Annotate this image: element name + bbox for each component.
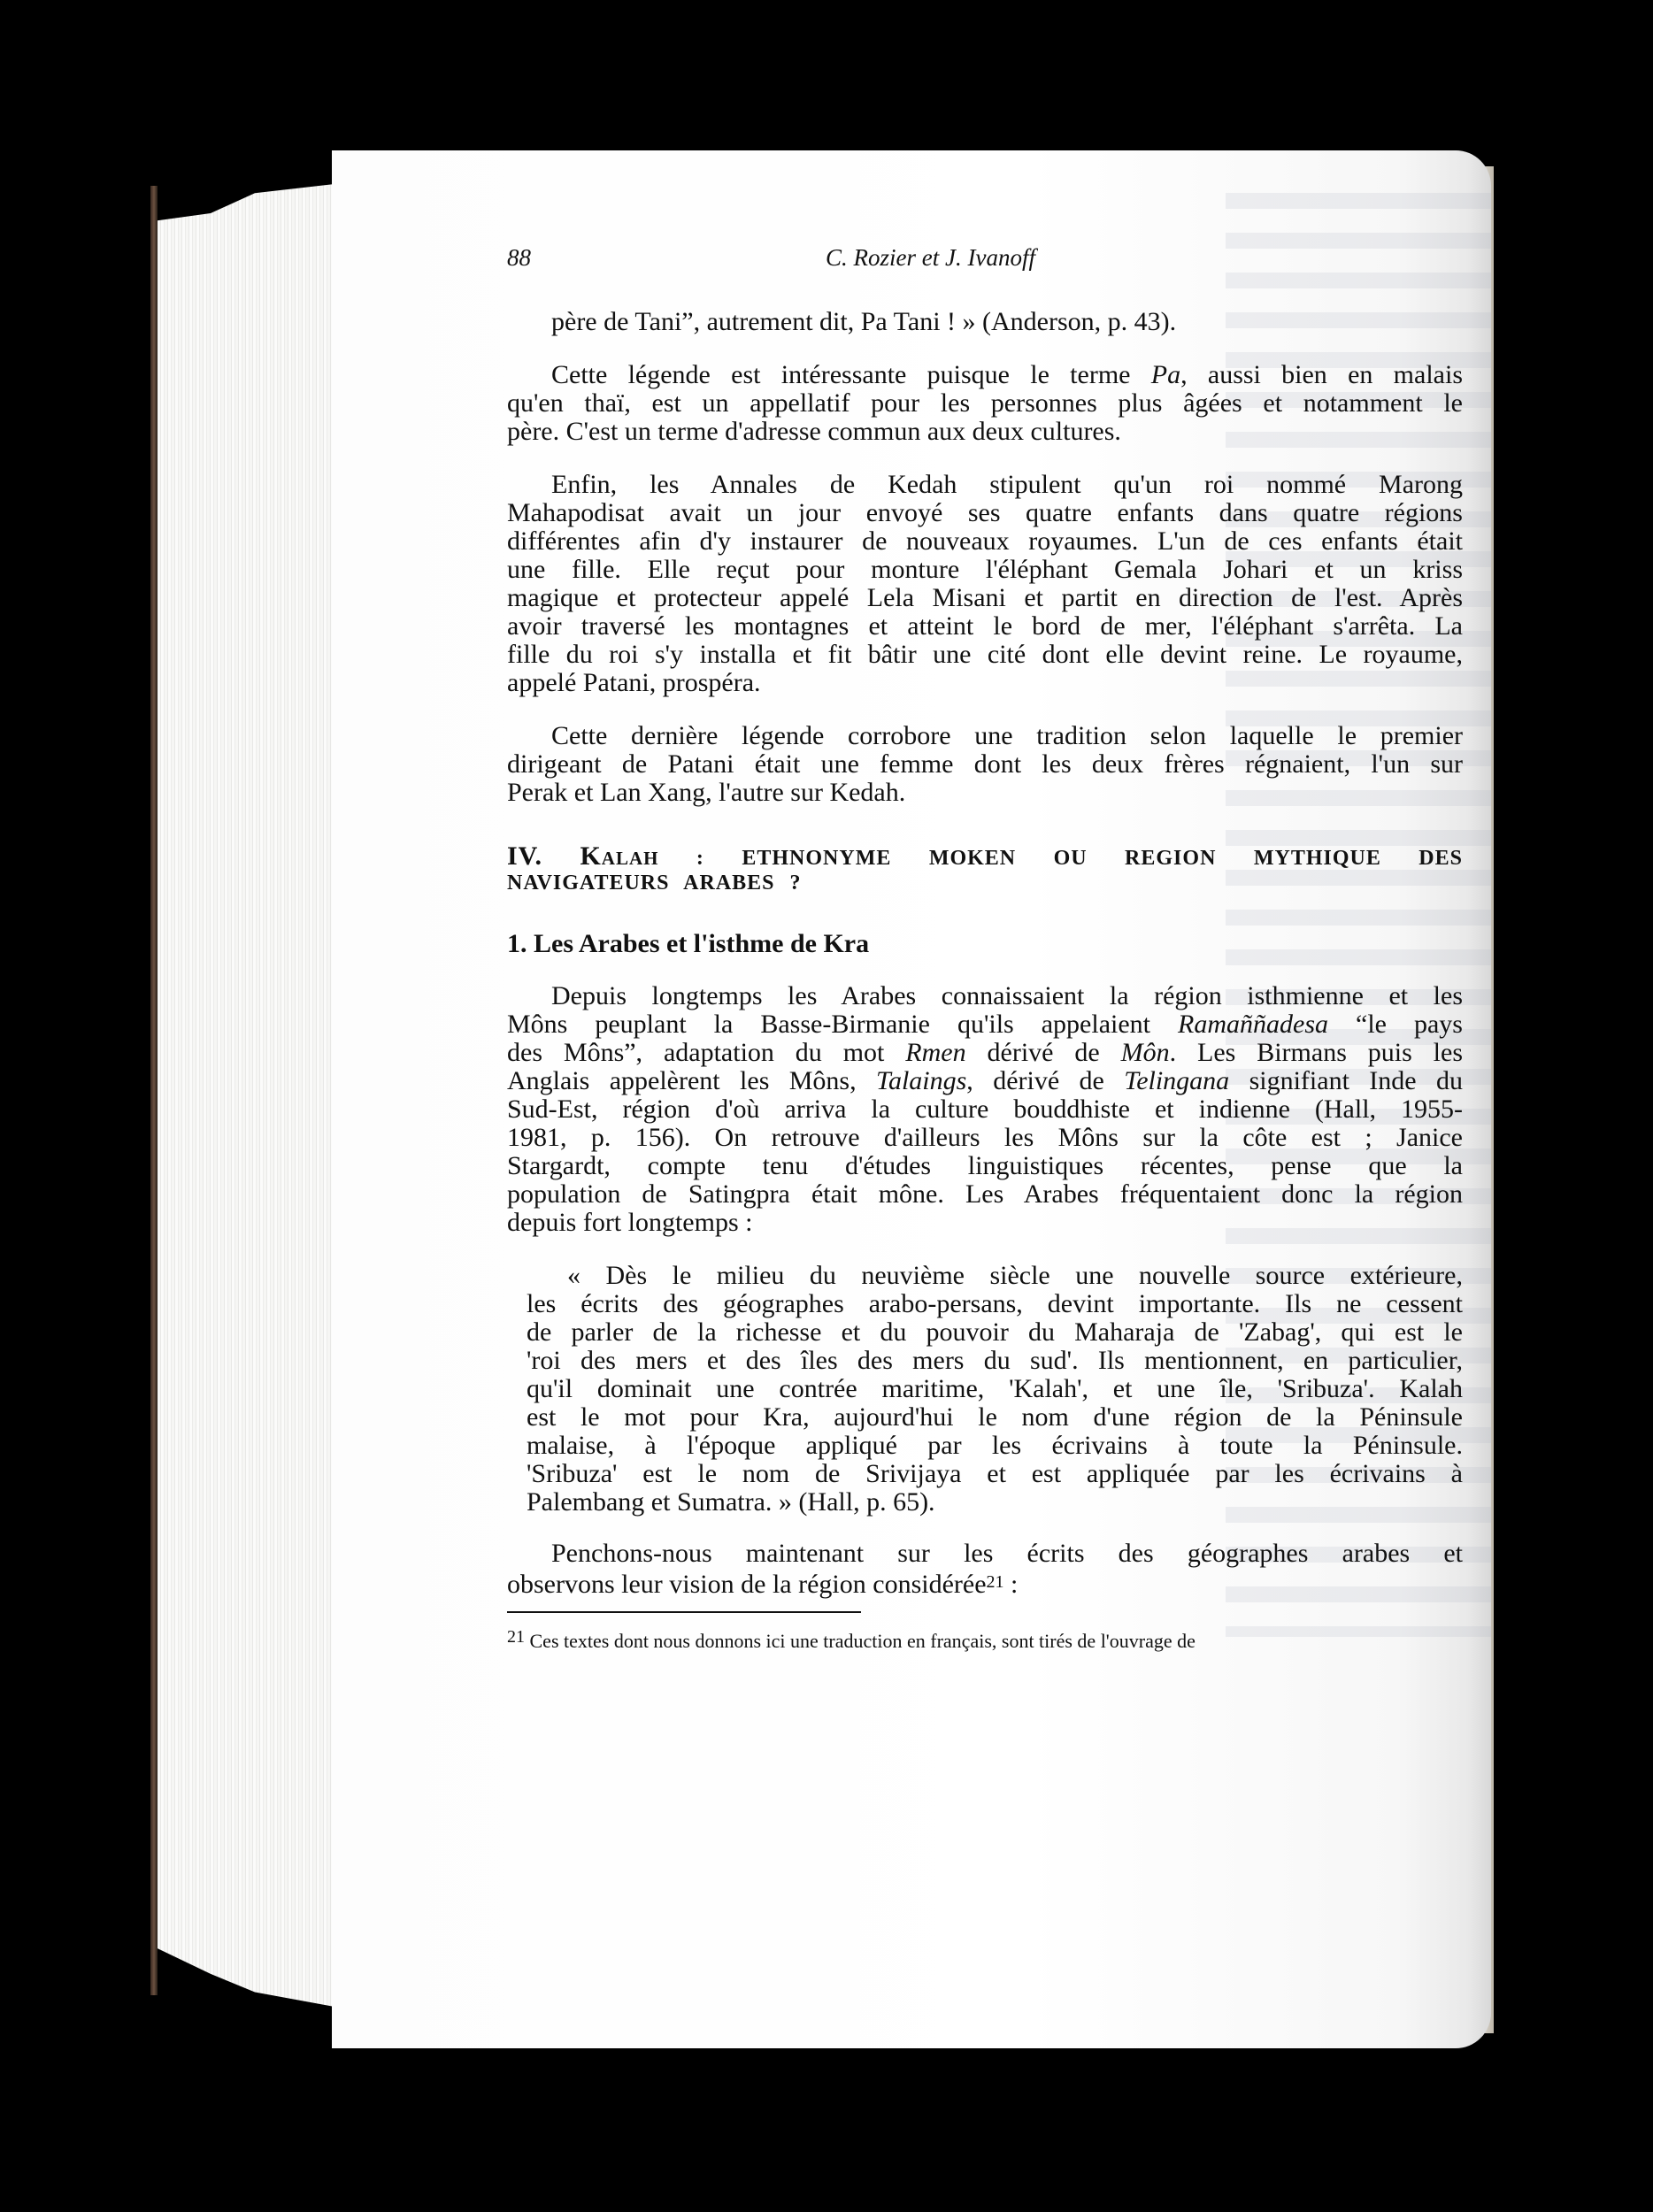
text-run: dérivé de <box>966 1038 1121 1067</box>
text-line: Enfin, les Annales de Kedah stipulent qu… <box>507 471 1463 499</box>
quote-line: les écrits des géographes arabo-persans,… <box>527 1290 1463 1318</box>
italic-term: Môn <box>1121 1038 1170 1067</box>
text-line: Penchons-nous maintenant sur les écrits … <box>507 1540 1463 1568</box>
footnote: 21 Ces textes dont nous donnons ici une … <box>507 1625 1463 1653</box>
footnote-reference[interactable]: 21 <box>987 1572 1004 1592</box>
quote-line: est le mot pour Kra, aujourd'hui le nom … <box>527 1403 1463 1432</box>
text-line: Stargardt, compte tenu d'études linguist… <box>507 1152 1463 1180</box>
text-line: Môns peuplant la Basse-Birmanie qu'ils a… <box>507 1010 1463 1039</box>
text-line: Cette dernière légende corrobore une tra… <box>507 722 1463 750</box>
footnote-text: Ces textes dont nous donnons ici une tra… <box>525 1630 1196 1652</box>
text-line: Sud-Est, région d'où arriva la culture b… <box>507 1095 1463 1124</box>
text-line: Depuis longtemps les Arabes connaissaien… <box>507 982 1463 1010</box>
text-line: population de Satingpra était mône. Les … <box>507 1180 1463 1209</box>
italic-term: Rmen <box>905 1038 965 1067</box>
section-title-first-word: Kalah <box>580 841 658 871</box>
italic-term: Talaings <box>876 1066 966 1095</box>
text-line: Mahapodisat avait un jour envoyé ses qua… <box>507 499 1463 527</box>
quote-line: 'Sribuza' est le nom de Srivijaya et est… <box>527 1460 1463 1488</box>
section-title-rest: : ETHNONYME MOKEN OU REGION MYTHIQUE DES <box>696 847 1463 870</box>
section-number: IV. <box>507 841 542 871</box>
text-run: Anglais appelèrent les Môns, <box>507 1066 876 1095</box>
quote-line: « Dès le milieu du neuvième siècle une n… <box>527 1262 1463 1290</box>
text-run: , dérivé de <box>966 1066 1124 1095</box>
quote-line: Palembang et Sumatra. » (Hall, p. 65). <box>527 1488 1463 1517</box>
text-line: avoir traversé les montagnes et atteint … <box>507 612 1463 641</box>
text-block: 88 C. Rozier et J. Ivanoff père de Tani”… <box>507 244 1463 1653</box>
page-stack-edge <box>158 184 334 2007</box>
text-run: “le pays <box>1328 1010 1463 1039</box>
text-line: magique et protecteur appelé Lela Misani… <box>507 584 1463 612</box>
text-run: signifiant Inde du <box>1229 1066 1463 1095</box>
italic-term: Pa <box>1151 360 1180 389</box>
quote-line: 'roi des mers et des îles des mers du su… <box>527 1347 1463 1375</box>
section-heading-line-1: IV. Kalah : ETHNONYME MOKEN OU REGION MY… <box>507 844 1463 871</box>
text-run: Môns peuplant la Basse-Birmanie qu'ils a… <box>507 1010 1178 1039</box>
section-heading: IV. Kalah : ETHNONYME MOKEN OU REGION MY… <box>507 844 1463 895</box>
text-line: depuis fort longtemps : <box>507 1209 1463 1237</box>
text-line: père. C'est un terme d'adresse commun au… <box>507 418 1463 446</box>
running-head-authors: C. Rozier et J. Ivanoff <box>826 244 1035 272</box>
italic-term: Ramaññadesa <box>1178 1010 1328 1039</box>
text-run: Cette légende est intéressante puisque l… <box>551 360 1151 389</box>
text-line: qu'en thaï, est un appellatif pour les p… <box>507 389 1463 418</box>
text-line: observons leur vision de la région consi… <box>507 1568 1463 1599</box>
paragraph-6: Penchons-nous maintenant sur les écrits … <box>507 1540 1463 1599</box>
text-line: des Môns”, adaptation du mot Rmen dérivé… <box>507 1039 1463 1067</box>
paragraph-4: Cette dernière légende corrobore une tra… <box>507 722 1463 807</box>
text-run: des Môns”, adaptation du mot <box>507 1038 905 1067</box>
subsection-heading: 1. Les Arabes et l'isthme de Kra <box>507 929 1463 959</box>
paragraph-5: Depuis longtemps les Arabes connaissaien… <box>507 982 1463 1237</box>
text-line: dirigeant de Patani était une femme dont… <box>507 750 1463 779</box>
footnote-divider <box>507 1611 861 1613</box>
text-line: 1981, p. 156). On retrouve d'ailleurs le… <box>507 1124 1463 1152</box>
page-number: 88 <box>507 244 531 272</box>
text-line: Perak et Lan Xang, l'autre sur Kedah. <box>507 779 1463 807</box>
text-line: fille du roi s'y installa et fit bâtir u… <box>507 641 1463 669</box>
text-line: Anglais appelèrent les Môns, Talaings, d… <box>507 1067 1463 1095</box>
italic-term: Telingana <box>1124 1066 1229 1095</box>
paragraph-1: père de Tani”, autrement dit, Pa Tani ! … <box>551 308 1463 336</box>
text-line: Cette légende est intéressante puisque l… <box>507 361 1463 389</box>
book-spine-edge <box>150 186 158 1995</box>
quote-line: de parler de la richesse et du pouvoir d… <box>527 1318 1463 1347</box>
text-line: appelé Patani, prospéra. <box>507 669 1463 697</box>
section-heading-line-2: NAVIGATEURS ARABES ? <box>507 871 1463 895</box>
running-head: 88 C. Rozier et J. Ivanoff <box>507 244 1463 280</box>
text-run: observons leur vision de la région consi… <box>507 1570 987 1599</box>
paragraph-3: Enfin, les Annales de Kedah stipulent qu… <box>507 471 1463 697</box>
block-quote: « Dès le milieu du neuvième siècle une n… <box>527 1262 1463 1517</box>
text-line: père de Tani”, autrement dit, Pa Tani ! … <box>551 308 1463 336</box>
paragraph-2: Cette légende est intéressante puisque l… <box>507 361 1463 446</box>
text-line: une fille. Elle reçut pour monture l'élé… <box>507 556 1463 584</box>
footnote-number: 21 <box>507 1627 525 1647</box>
quote-line: qu'il dominait une contrée maritime, 'Ka… <box>527 1375 1463 1403</box>
text-run: , aussi bien en malais <box>1180 360 1463 389</box>
quote-line: malaise, à l'époque appliqué par les écr… <box>527 1432 1463 1460</box>
text-run: . Les Birmans puis les <box>1170 1038 1463 1067</box>
text-line: différentes afin d'y instaurer de nouvea… <box>507 527 1463 556</box>
text-run: : <box>1004 1570 1019 1599</box>
